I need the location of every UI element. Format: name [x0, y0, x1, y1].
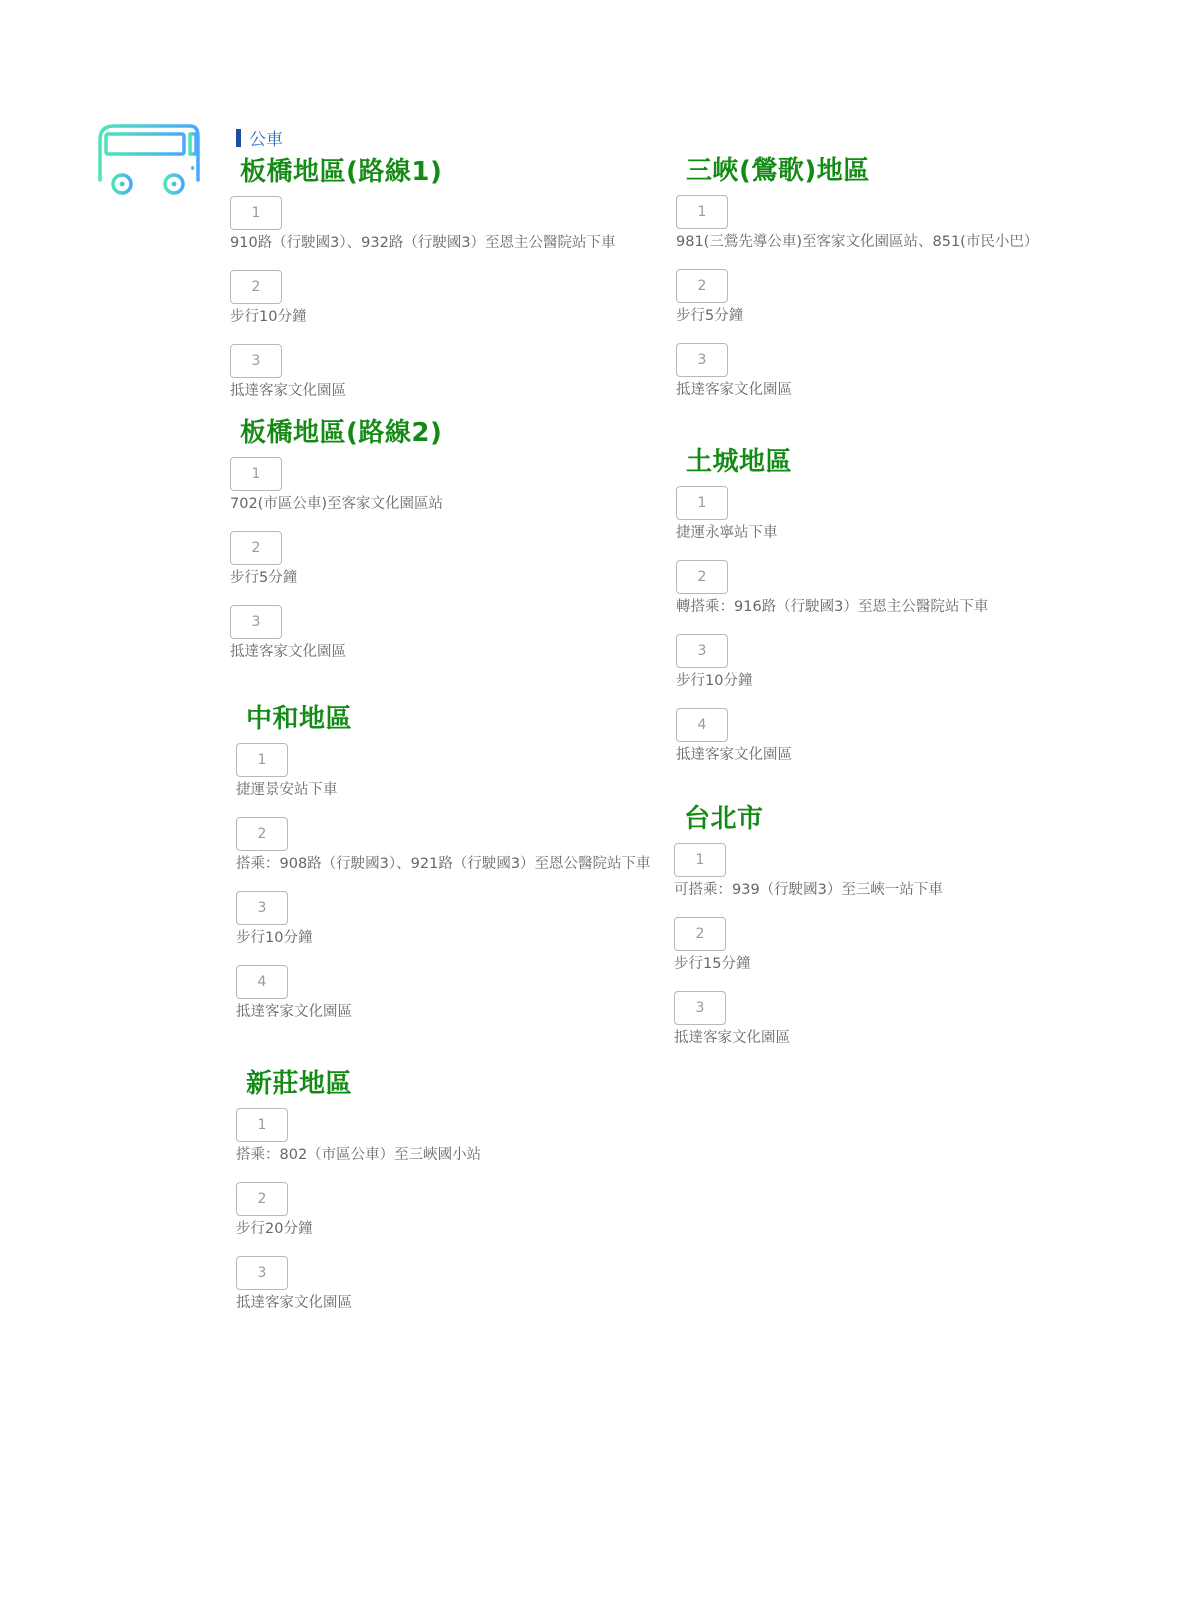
region-title: 台北市 [684, 803, 943, 835]
step-text: 抵達客家文化園區 [676, 379, 1038, 401]
step-text: 910路（行駛國3）、932路（行駛國3）至恩主公醫院站下車 [230, 232, 616, 254]
step-number: 3 [230, 605, 282, 639]
region-xinzhuang: 新莊地區 1 搭乘：802（市區公車）至三峽國小站 2 步行20分鐘 3 抵達客… [236, 1068, 481, 1314]
region-taipei: 台北市 1 可搭乘：939（行駛國3）至三峽一站下車 2 步行15分鐘 3 抵達… [674, 803, 943, 1049]
step-text: 抵達客家文化園區 [674, 1027, 943, 1049]
step: 3 抵達客家文化園區 [230, 344, 616, 402]
step: 1 捷運永寧站下車 [676, 486, 988, 544]
step-number: 2 [676, 269, 728, 303]
step-number: 4 [676, 708, 728, 742]
step: 3 抵達客家文化園區 [674, 991, 943, 1049]
step: 3 抵達客家文化園區 [676, 343, 1038, 401]
step-text: 步行10分鐘 [236, 927, 651, 949]
step: 1 捷運景安站下車 [236, 743, 651, 801]
region-banqiao-1: 板橋地區(路線1) 1 910路（行駛國3）、932路（行駛國3）至恩主公醫院站… [230, 156, 616, 402]
step-text: 步行10分鐘 [230, 306, 616, 328]
step-text: 抵達客家文化園區 [236, 1292, 481, 1314]
step-number: 2 [236, 817, 288, 851]
step-number: 3 [676, 343, 728, 377]
step-number: 1 [236, 1108, 288, 1142]
step-text: 步行20分鐘 [236, 1218, 481, 1240]
step-number: 3 [674, 991, 726, 1025]
step-text: 搭乘：908路（行駛國3）、921路（行駛國3）至恩公醫院站下車 [236, 853, 651, 875]
region-title: 新莊地區 [246, 1068, 481, 1100]
step-number: 2 [230, 270, 282, 304]
step-text: 步行15分鐘 [674, 953, 943, 975]
step-text: 抵達客家文化園區 [236, 1001, 651, 1023]
step-text: 702(市區公車)至客家文化園區站 [230, 493, 443, 515]
step: 1 981(三鶯先導公車)至客家文化園區站、851(市民小巴） [676, 195, 1038, 253]
step: 3 步行10分鐘 [236, 891, 651, 949]
step: 1 702(市區公車)至客家文化園區站 [230, 457, 443, 515]
step-text: 捷運景安站下車 [236, 779, 651, 801]
region-title: 板橋地區(路線1) [240, 156, 616, 188]
region-sanxia-yingge: 三峽(鶯歌)地區 1 981(三鶯先導公車)至客家文化園區站、851(市民小巴）… [676, 155, 1038, 401]
step-text: 981(三鶯先導公車)至客家文化園區站、851(市民小巴） [676, 231, 1038, 253]
section-label: 公車 [236, 125, 283, 150]
step-number: 1 [676, 486, 728, 520]
step-number: 3 [230, 344, 282, 378]
bus-icon [92, 122, 204, 198]
step: 3 抵達客家文化園區 [236, 1256, 481, 1314]
step-text: 搭乘：802（市區公車）至三峽國小站 [236, 1144, 481, 1166]
step: 4 抵達客家文化園區 [676, 708, 988, 766]
step-number: 1 [230, 457, 282, 491]
step-text: 抵達客家文化園區 [230, 380, 616, 402]
step-number: 3 [236, 1256, 288, 1290]
step-text: 步行5分鐘 [230, 567, 443, 589]
region-title: 土城地區 [686, 446, 988, 478]
step: 2 步行5分鐘 [676, 269, 1038, 327]
step-text: 步行10分鐘 [676, 670, 988, 692]
step-text: 捷運永寧站下車 [676, 522, 988, 544]
step: 3 步行10分鐘 [676, 634, 988, 692]
step: 2 搭乘：908路（行駛國3）、921路（行駛國3）至恩公醫院站下車 [236, 817, 651, 875]
step: 2 步行5分鐘 [230, 531, 443, 589]
region-banqiao-2: 板橋地區(路線2) 1 702(市區公車)至客家文化園區站 2 步行5分鐘 3 … [230, 417, 443, 663]
step: 3 抵達客家文化園區 [230, 605, 443, 663]
region-title: 三峽(鶯歌)地區 [686, 155, 1038, 187]
region-title: 板橋地區(路線2) [240, 417, 443, 449]
step-text: 抵達客家文化園區 [230, 641, 443, 663]
section-title: 公車 [249, 125, 283, 150]
region-tucheng: 土城地區 1 捷運永寧站下車 2 轉搭乘：916路（行駛國3）至恩主公醫院站下車… [676, 446, 988, 766]
step-text: 步行5分鐘 [676, 305, 1038, 327]
step-number: 4 [236, 965, 288, 999]
step: 1 搭乘：802（市區公車）至三峽國小站 [236, 1108, 481, 1166]
step-number: 1 [230, 196, 282, 230]
step-number: 2 [674, 917, 726, 951]
section-marker [236, 129, 241, 147]
step-number: 1 [674, 843, 726, 877]
step: 4 抵達客家文化園區 [236, 965, 651, 1023]
step-text: 轉搭乘：916路（行駛國3）至恩主公醫院站下車 [676, 596, 988, 618]
step: 2 步行20分鐘 [236, 1182, 481, 1240]
step-number: 2 [676, 560, 728, 594]
step-number: 1 [236, 743, 288, 777]
step: 2 步行10分鐘 [230, 270, 616, 328]
step-number: 2 [236, 1182, 288, 1216]
step-number: 3 [236, 891, 288, 925]
step-number: 1 [676, 195, 728, 229]
step: 2 步行15分鐘 [674, 917, 943, 975]
step-text: 可搭乘：939（行駛國3）至三峽一站下車 [674, 879, 943, 901]
region-title: 中和地區 [246, 703, 651, 735]
step-number: 2 [230, 531, 282, 565]
region-zhonghe: 中和地區 1 捷運景安站下車 2 搭乘：908路（行駛國3）、921路（行駛國3… [236, 703, 651, 1023]
step: 2 轉搭乘：916路（行駛國3）至恩主公醫院站下車 [676, 560, 988, 618]
step: 1 可搭乘：939（行駛國3）至三峽一站下車 [674, 843, 943, 901]
step-number: 3 [676, 634, 728, 668]
step: 1 910路（行駛國3）、932路（行駛國3）至恩主公醫院站下車 [230, 196, 616, 254]
step-text: 抵達客家文化園區 [676, 744, 988, 766]
